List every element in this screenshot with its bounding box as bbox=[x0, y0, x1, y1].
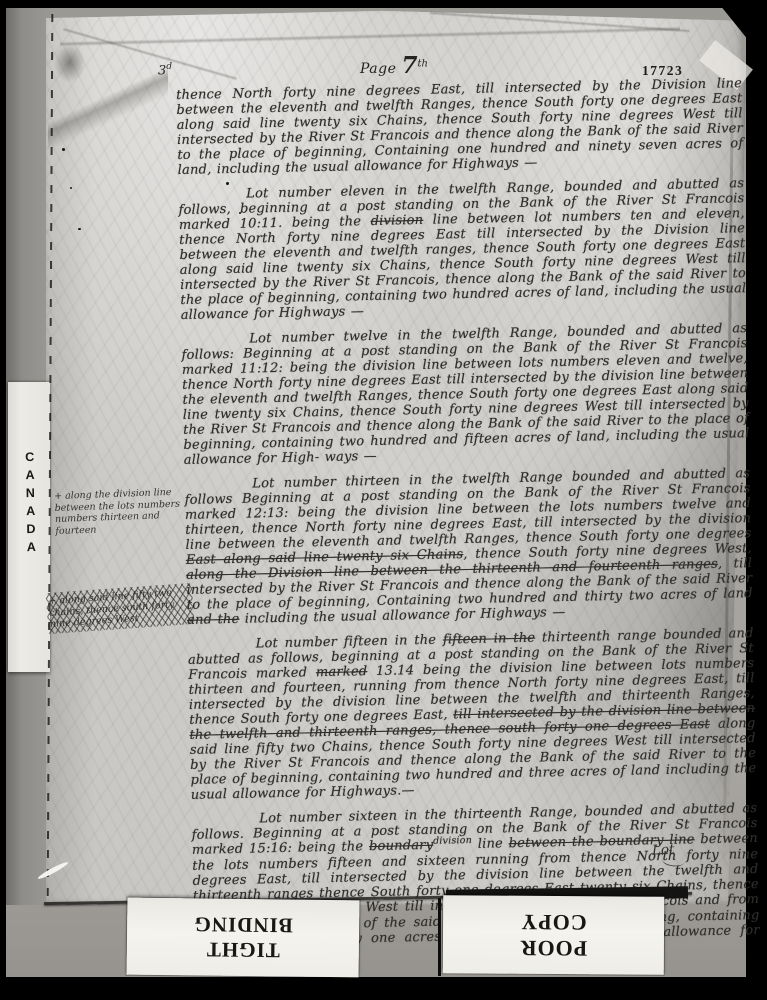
folio-note: 3d bbox=[158, 62, 172, 78]
manuscript-paragraph: Lot number fifteen in the fifteen in the… bbox=[188, 626, 757, 803]
struck-text: division bbox=[370, 213, 423, 229]
manuscript-paragraph: Lot number thirteen in the twelfth Range… bbox=[184, 466, 753, 628]
canada-letter: A bbox=[27, 540, 36, 554]
page-title-number: 7 bbox=[401, 52, 417, 79]
page-title: Page 7th bbox=[360, 52, 428, 79]
film-splice-line bbox=[438, 898, 441, 976]
struck-text: marked bbox=[316, 664, 368, 680]
inserted-text: division bbox=[433, 835, 472, 847]
manuscript-paragraph: thence North forty nine degrees East, ti… bbox=[176, 76, 744, 178]
page-title-word: Page bbox=[360, 61, 396, 77]
ink-speck bbox=[70, 187, 72, 189]
canada-label: CANADA bbox=[25, 450, 36, 554]
struck-text: boundary bbox=[369, 838, 433, 854]
handwritten-text: Lot number twelve in the twelfth Range, … bbox=[181, 321, 749, 468]
ink-speck bbox=[78, 228, 81, 230]
manuscript-text: thence North forty nine degrees East, ti… bbox=[176, 76, 760, 965]
canada-letter: N bbox=[26, 486, 35, 500]
tight-binding-label: TIGHT BINDING bbox=[127, 898, 360, 978]
margin-note-insertion: + along the division line between the lo… bbox=[54, 486, 186, 537]
manuscript-paragraph: Lot number twelve in the twelfth Range, … bbox=[181, 321, 750, 468]
handwritten-text: Lot number thirteen in the twelfth Range… bbox=[184, 466, 751, 553]
handwritten-text: thence North forty nine degrees East, ti… bbox=[176, 76, 743, 178]
folio-note-suffix: d bbox=[166, 62, 172, 72]
struck-text: and the bbox=[187, 612, 240, 628]
canada-letter: A bbox=[26, 504, 35, 518]
microfilm-scan: { "photo": { "film_background": "#000000… bbox=[0, 0, 767, 1000]
handwritten-text: line bbox=[472, 836, 509, 852]
tight-binding-line2: BINDING bbox=[193, 912, 292, 938]
catchword: Lot bbox=[652, 841, 675, 858]
page-title-suffix: th bbox=[418, 59, 428, 70]
poor-copy-line2: COPY bbox=[520, 909, 587, 935]
tight-binding-line1: TIGHT bbox=[206, 937, 280, 963]
poor-copy-line1: POOR bbox=[520, 935, 588, 961]
manuscript-paragraph: Lot number eleven in the twelfth Range, … bbox=[178, 176, 747, 323]
canada-letter: A bbox=[25, 468, 34, 482]
canada-letter: D bbox=[26, 522, 35, 536]
margin-note-crossed-out: + along said line fifty two chains, then… bbox=[48, 586, 192, 630]
canada-letter: C bbox=[25, 450, 34, 464]
ink-speck bbox=[62, 148, 65, 151]
poor-copy-label: POOR COPY bbox=[443, 895, 665, 975]
